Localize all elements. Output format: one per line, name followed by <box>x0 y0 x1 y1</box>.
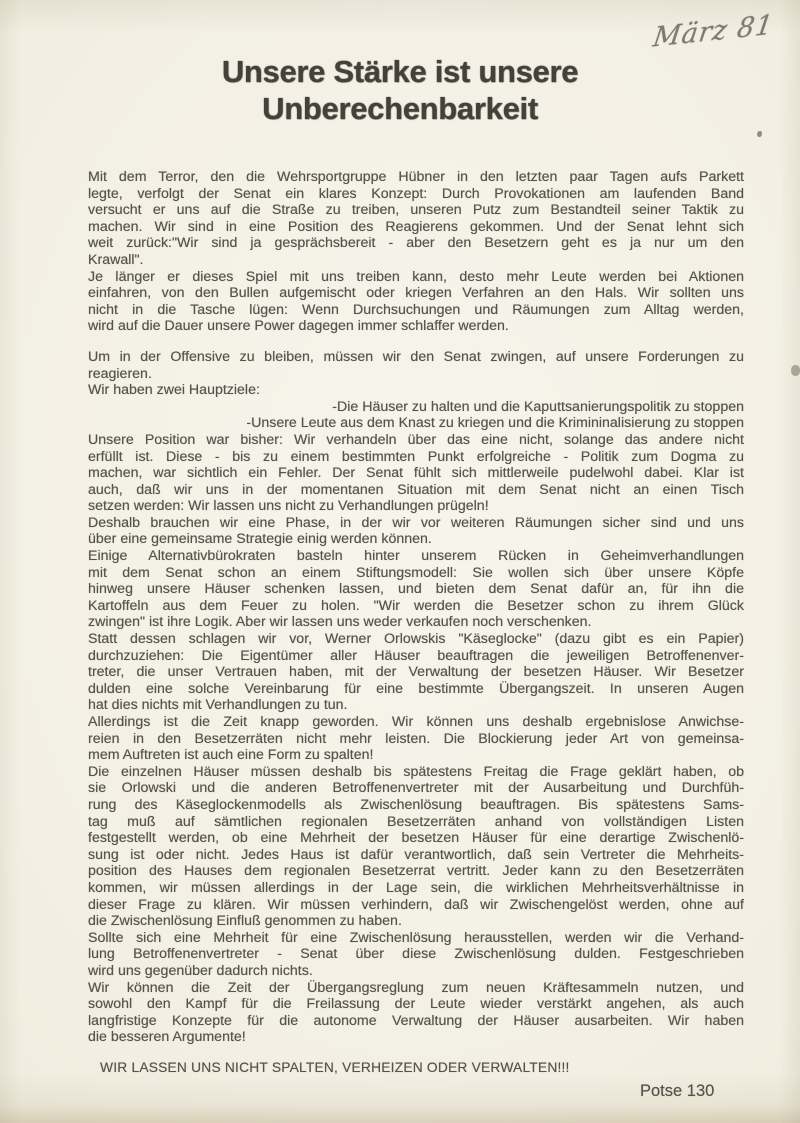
title-line-1: Unsere Stärke ist unsere <box>0 53 800 90</box>
body-text: Mit dem Terror, den die Wehrsportgruppe … <box>88 169 744 1076</box>
text-line: auch, daß wir uns in der momentanen Situ… <box>88 482 744 499</box>
text-line: Unsere Position war bisher: Wir verhande… <box>88 432 744 449</box>
text-line: langfristige Konzepte für die autonome V… <box>88 1013 744 1030</box>
text-line: Je länger er dieses Spiel mit uns treibe… <box>88 269 744 286</box>
text-line: nicht in die Tasche lügen: Wenn Durchsuc… <box>88 302 744 319</box>
text-line: hat dies nichts mit Verhandlungen zu tun… <box>88 697 744 714</box>
scanned-leaflet-page: März 81 Unsere Stärke ist unsere Unberec… <box>0 0 800 1123</box>
text-line: machen, war sichtlich ein Fehler. Der Se… <box>88 465 744 482</box>
text-line: festgestellt werden, ob eine Mehrheit de… <box>88 830 744 847</box>
text-line: Statt dessen schlagen wir vor, Werner Or… <box>88 631 744 648</box>
text-line: reagieren. <box>88 366 744 383</box>
text-line: dulden eine solche Vereinbarung für eine… <box>88 681 744 698</box>
scan-speck <box>757 131 762 137</box>
text-line: Sollte sich eine Mehrheit für eine Zwisc… <box>88 930 744 947</box>
text-line: die besseren Argumente! <box>88 1029 744 1046</box>
slogan-block: WIR LASSEN UNS NICHT SPALTEN, VERHEIZEN … <box>88 1060 744 1077</box>
text-line: Krawall". <box>88 252 744 269</box>
text-line: versucht er uns auf die Straße zu treibe… <box>88 202 744 219</box>
text-line: hinweg unsere Häuser schenken lassen, un… <box>88 581 744 598</box>
text-line: Allerdings ist die Zeit knapp geworden. … <box>88 714 744 731</box>
text-line: lung Betroffenenvertreter - Senat über d… <box>88 946 744 963</box>
text-block: Mit dem Terror, den die Wehrsportgruppe … <box>88 169 744 335</box>
leaflet-title: Unsere Stärke ist unsere Unberechenbarke… <box>0 53 800 127</box>
text-line: Um in der Offensive zu bleiben, müssen w… <box>88 349 744 366</box>
text-line: über eine gemeinsame Strategie einig wer… <box>88 531 744 548</box>
text-line: Die einzelnen Häuser müssen deshalb bis … <box>88 764 744 781</box>
text-line: legte, verfolgt der Senat ein klares Kon… <box>88 186 744 203</box>
text-line: setzen werden: Wir lassen uns nicht zu V… <box>88 498 744 515</box>
text-line: die Zwischenlösung Einfluß genommen zu h… <box>88 913 744 930</box>
text-line: WIR LASSEN UNS NICHT SPALTEN, VERHEIZEN … <box>100 1060 744 1077</box>
text-line: Einige Alternativbürokraten basteln hint… <box>88 548 744 565</box>
text-line: wird auf die Dauer unsere Power dagegen … <box>88 318 744 335</box>
text-line: sung ist oder nicht. Jedes Haus ist dafü… <box>88 847 744 864</box>
text-line: rung des Käseglockenmodells als Zwischen… <box>88 797 744 814</box>
text-line: zwingen" ist ihre Logik. Aber wir lassen… <box>88 614 744 631</box>
text-line: Kartoffeln aus dem Feuer zu holen. "Wir … <box>88 598 744 615</box>
text-line: durchzuziehen: Die Eigentümer aller Häus… <box>88 648 744 665</box>
footer-credit: Potse 130 <box>640 1082 714 1101</box>
text-line: Deshalb brauchen wir eine Phase, in der … <box>88 515 744 532</box>
text-line: -Unsere Leute aus dem Knast zu kriegen u… <box>88 415 744 432</box>
text-line: wird uns gegenüber dadurch nichts. <box>88 963 744 980</box>
text-line: mem Auftreten ist auch eine Form zu spal… <box>88 747 744 764</box>
text-line: -Die Häuser zu halten und die Kaputtsani… <box>88 399 744 416</box>
text-line: kommen, wir müssen allerdings in der Lag… <box>88 880 744 897</box>
title-line-2: Unberechenbarkeit <box>0 90 800 127</box>
text-line: sie Orlowski und die anderen Betroffenen… <box>88 780 744 797</box>
text-line: position des Hauses dem regionalen Beset… <box>88 863 744 880</box>
text-line: Wir können die Zeit der Übergangsreglung… <box>88 980 744 997</box>
text-line: Mit dem Terror, den die Wehrsportgruppe … <box>88 169 744 186</box>
handwritten-date-note: März 81 <box>651 9 776 53</box>
text-line: erfüllt ist. Diese - bis zu einem bestim… <box>88 449 744 466</box>
text-line: treter, die unser Vertrauen haben, mit d… <box>88 664 744 681</box>
text-line: tag muß auf sämtlichen regionalen Besetz… <box>88 814 744 831</box>
text-line: Wir haben zwei Hauptziele: <box>88 382 744 399</box>
text-line: weit zurück:"Wir sind ja gesprächsbereit… <box>88 235 744 252</box>
text-line: dieser Frage zu klären. Wir müssen verhi… <box>88 897 744 914</box>
text-line: sowohl den Kampf für die Freilassung der… <box>88 996 744 1013</box>
text-line: machen. Wir sind in eine Position des Re… <box>88 219 744 236</box>
text-line: einfahren, von den Bullen aufgemischt od… <box>88 285 744 302</box>
text-block: Um in der Offensive zu bleiben, müssen w… <box>88 349 744 1046</box>
text-line: reien in den Besetzerräten nicht mehr le… <box>88 731 744 748</box>
text-line: mit dem Senat schon an einem Stiftungsmo… <box>88 565 744 582</box>
scan-speck <box>791 365 800 376</box>
